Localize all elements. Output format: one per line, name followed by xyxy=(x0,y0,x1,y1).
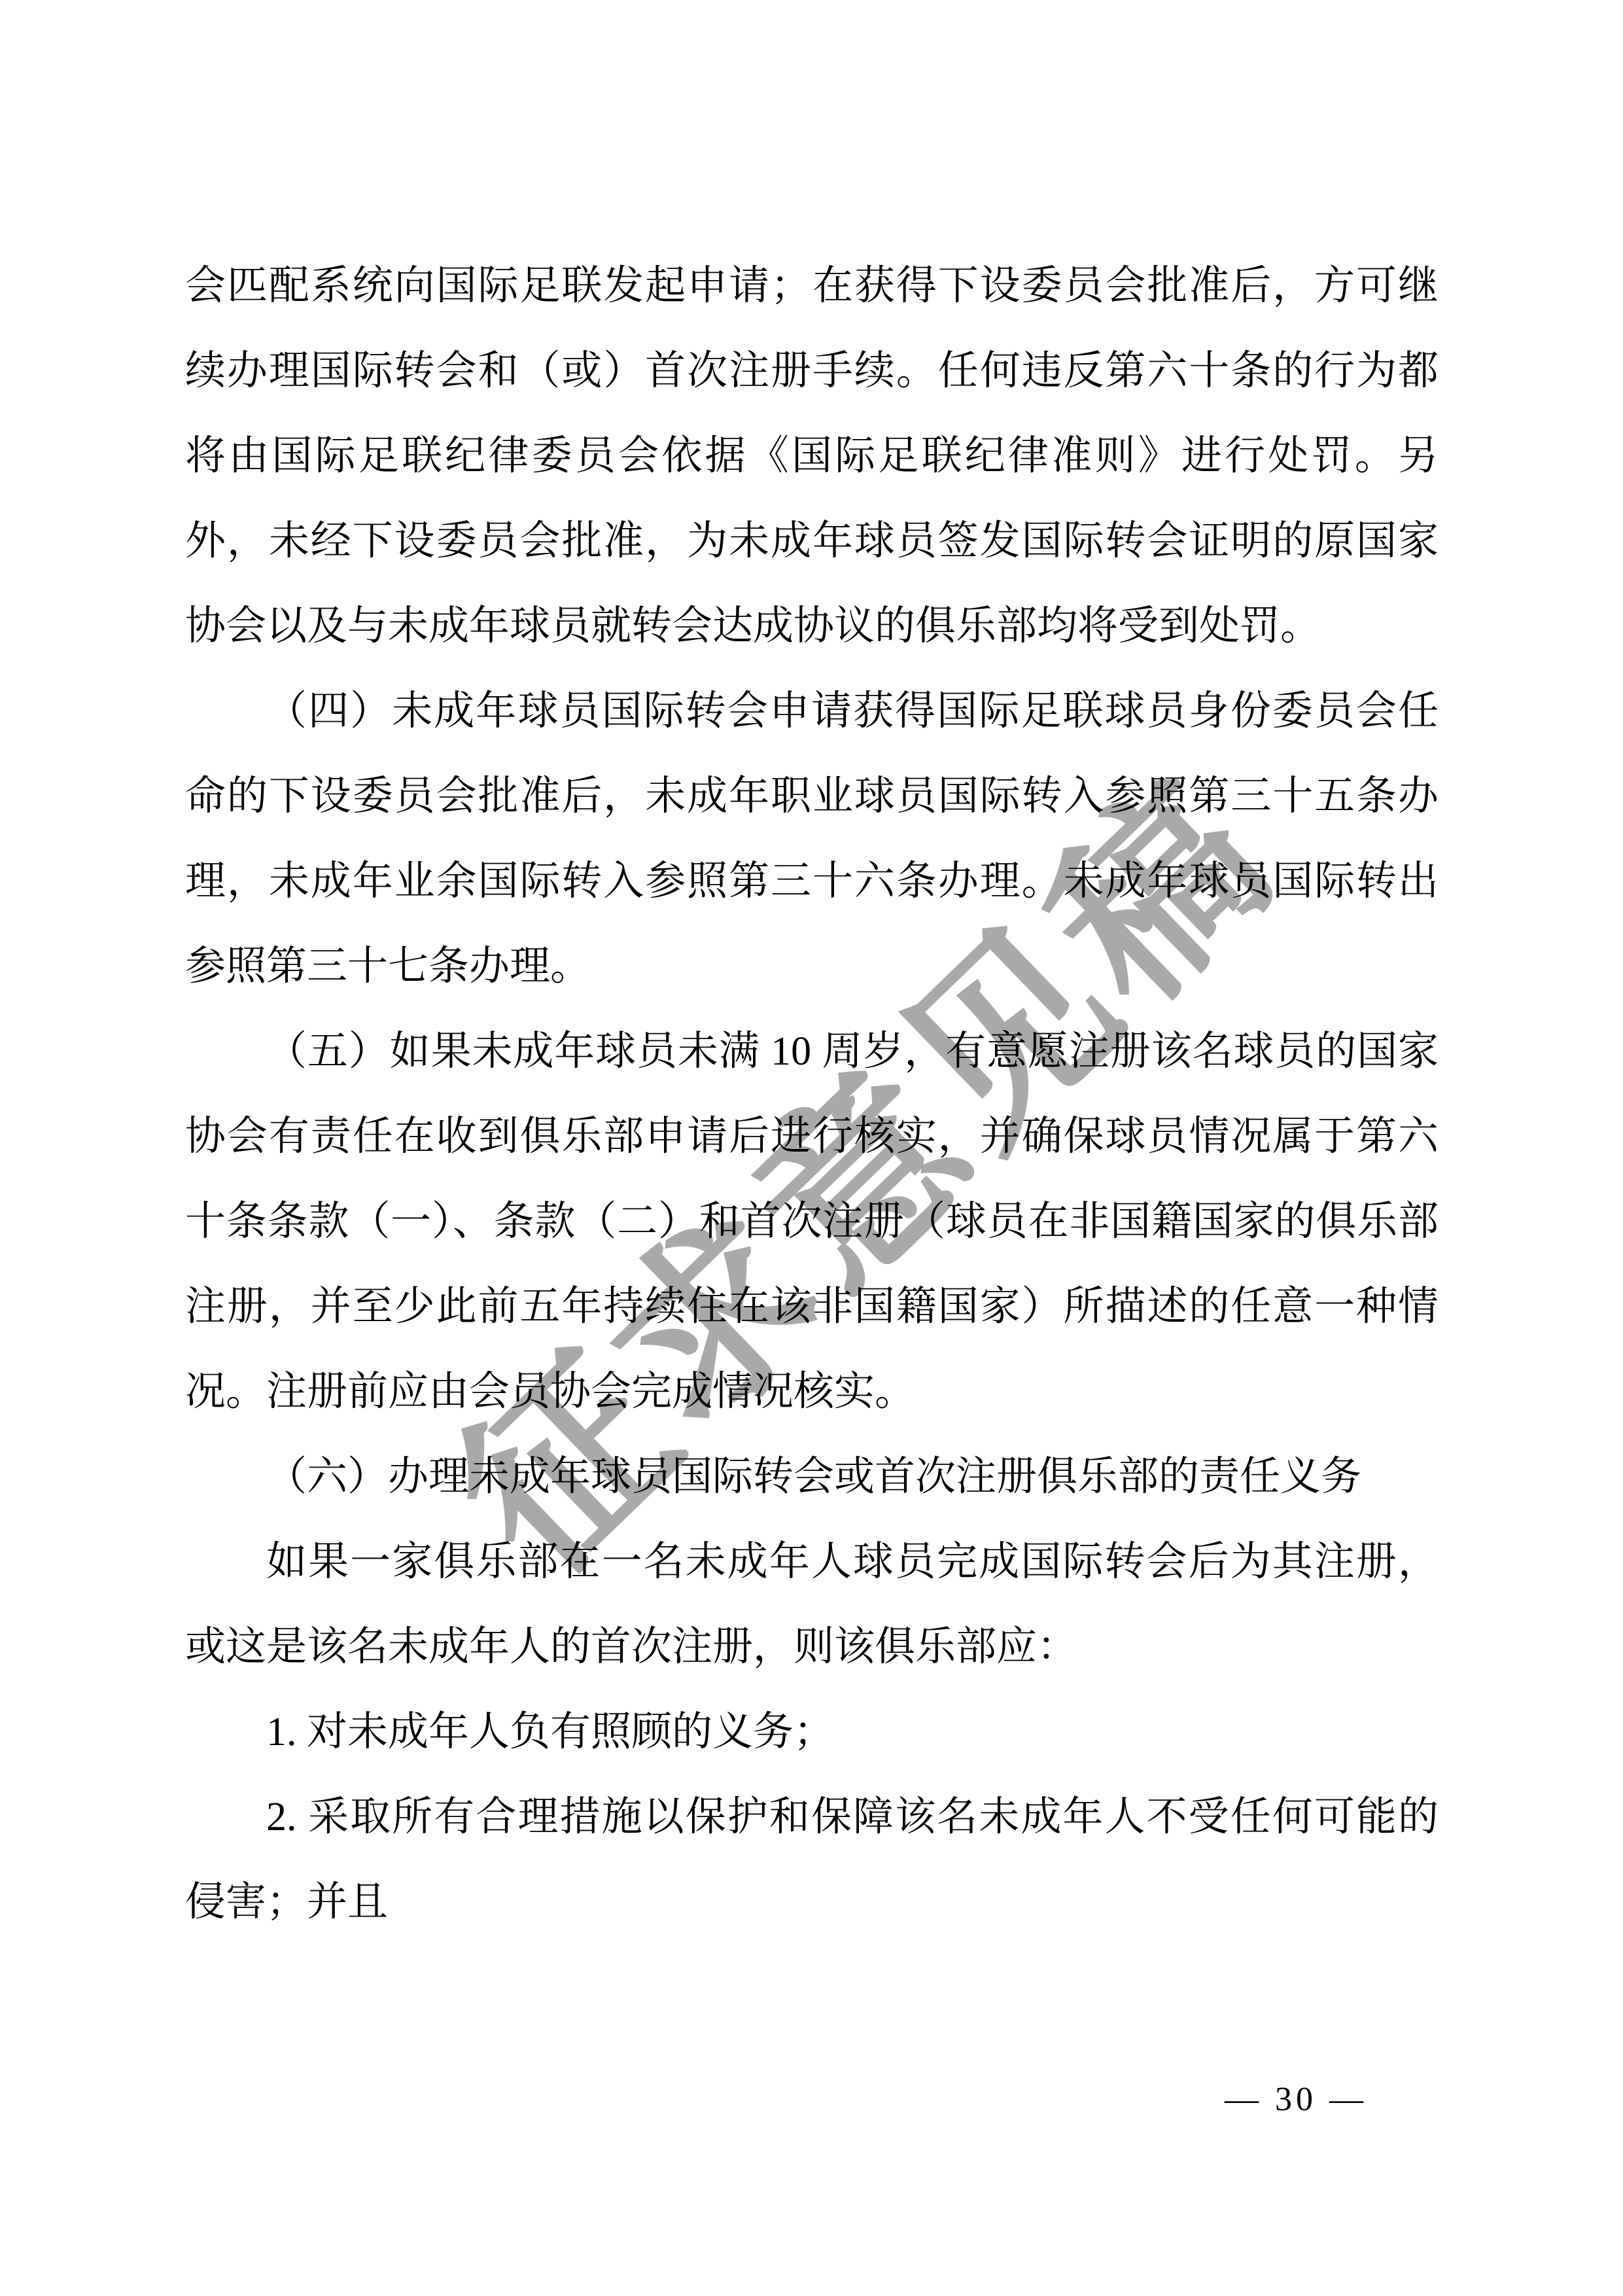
paragraph-item-5: （五）如果未成年球员未满 10 周岁，有意愿注册该名球员的国家协会有责任在收到俱… xyxy=(185,1009,1439,1434)
paragraph-item-6-heading: （六）办理未成年球员国际转会或首次注册俱乐部的责任义务 xyxy=(185,1434,1439,1519)
paragraph-continuation: 会匹配系统向国际足联发起申请；在获得下设委员会批准后，方可继续办理国际转会和（或… xyxy=(185,243,1439,669)
paragraph-club-obligations: 如果一家俱乐部在一名未成年人球员完成国际转会后为其注册，或这是该名未成年人的首次… xyxy=(185,1519,1439,1689)
document-page: 征求意见稿 会匹配系统向国际足联发起申请；在获得下设委员会批准后，方可继续办理国… xyxy=(0,0,1623,2296)
paragraph-list-item-2: 2. 采取所有合理措施以保护和保障该名未成年人不受任何可能的侵害；并且 xyxy=(185,1775,1439,1945)
paragraph-list-item-1: 1. 对未成年人负有照顾的义务； xyxy=(185,1689,1439,1775)
paragraph-item-4: （四）未成年球员国际转会申请获得国际足联球员身份委员会任命的下设委员会批准后，未… xyxy=(185,669,1439,1009)
page-number: — 30 — xyxy=(1225,2083,1367,2117)
document-body: 会匹配系统向国际足联发起申请；在获得下设委员会批准后，方可继续办理国际转会和（或… xyxy=(185,243,1439,1945)
